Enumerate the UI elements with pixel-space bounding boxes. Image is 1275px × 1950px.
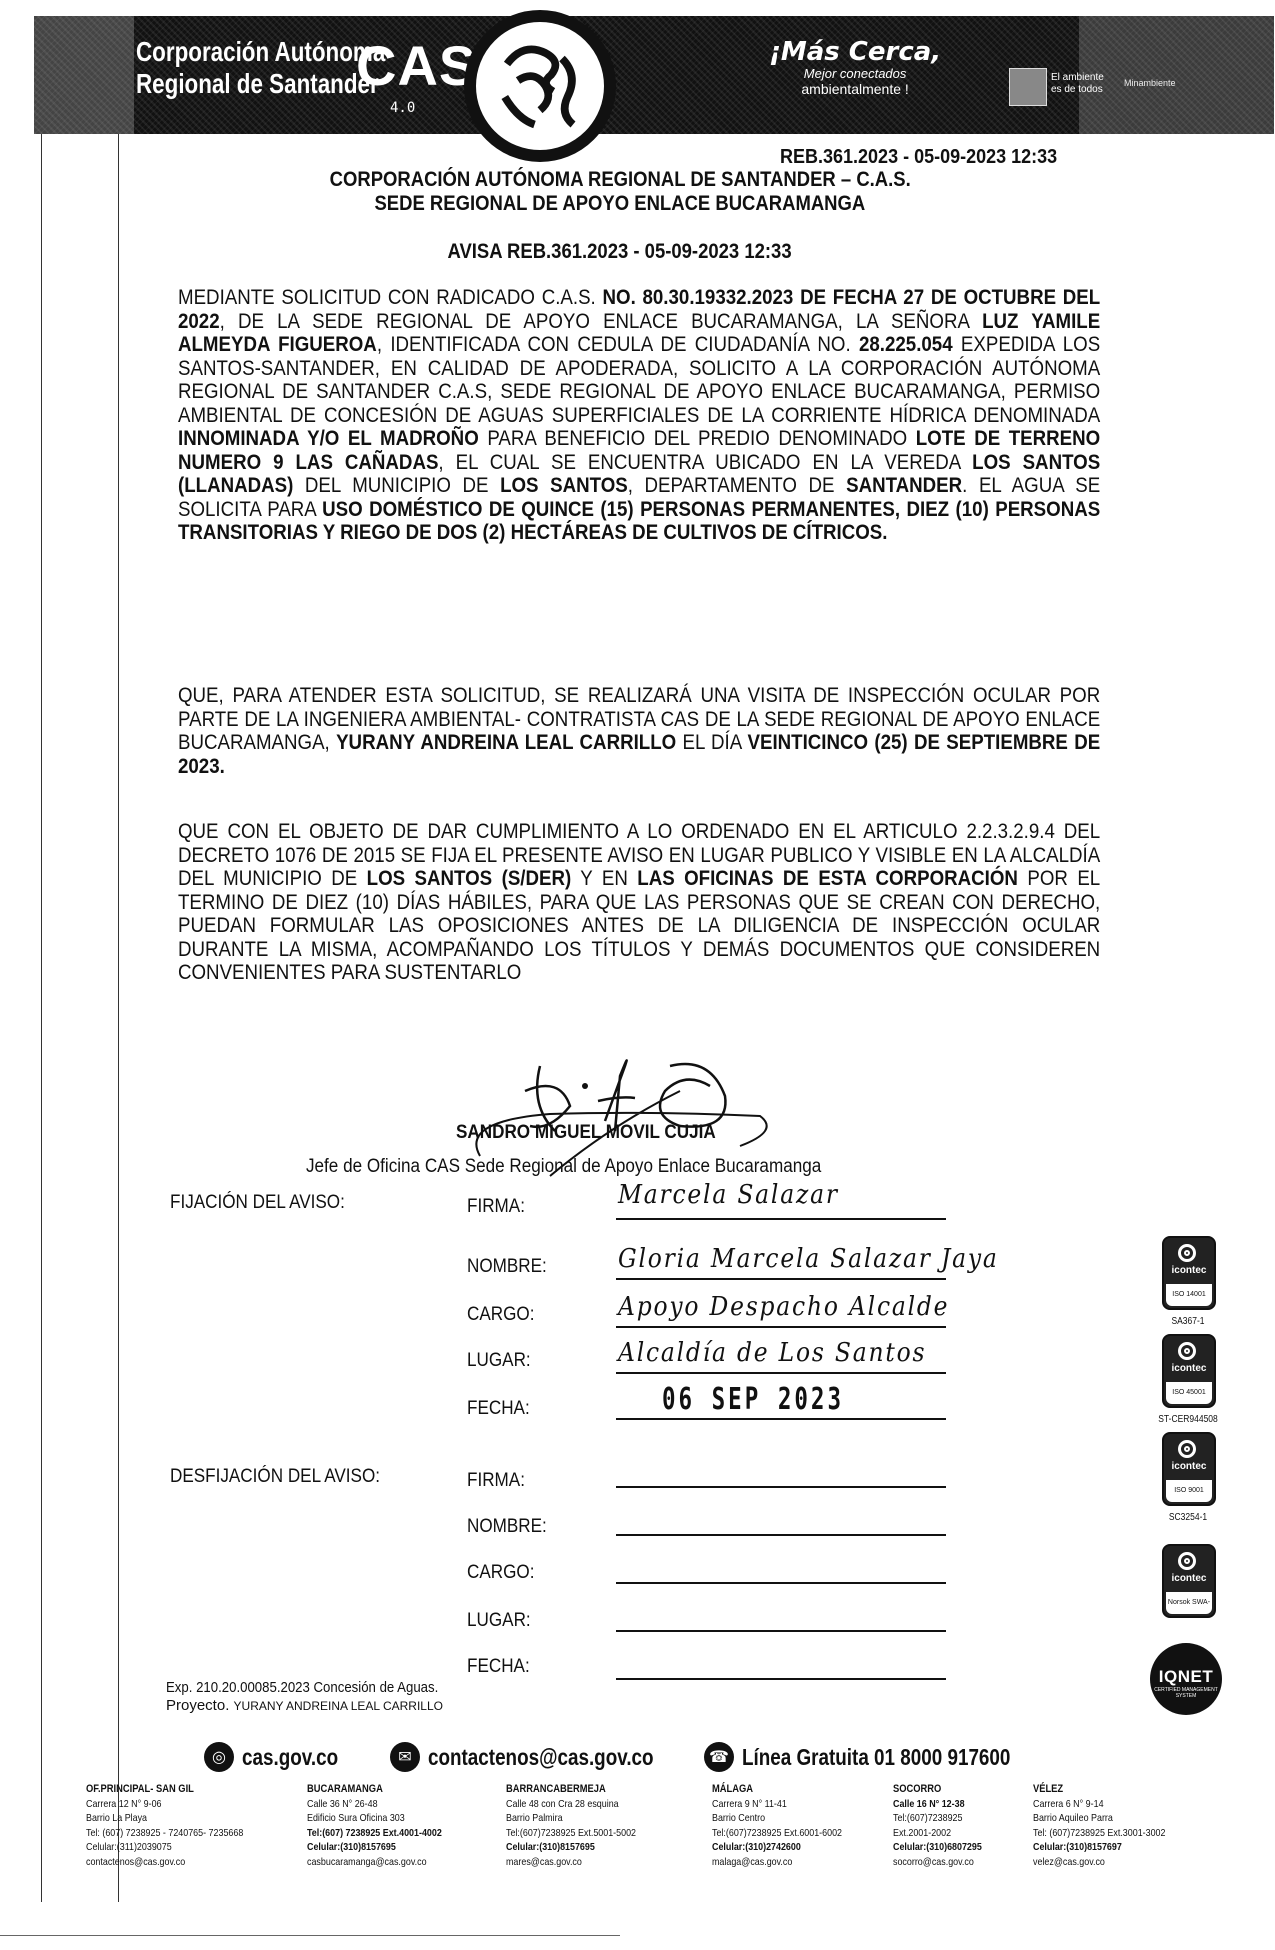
paragraph-inspection: QUE, PARA ATENDER ESTA SOLICITUD, SE REA… xyxy=(178,684,1100,778)
office-bucaramanga: BUCARAMANGA Calle 36 N° 26-48 Edificio S… xyxy=(307,1782,466,1869)
icontec-badge-icon: icontecISO 9001 xyxy=(1162,1432,1216,1506)
fijacion-lugar-line xyxy=(616,1372,946,1374)
fijacion-cargo-line xyxy=(616,1326,946,1328)
desfijacion-fecha-line[interactable] xyxy=(616,1678,946,1680)
office-barrancabermeja: BARRANCABERMEJA Calle 48 con Cra 28 esqu… xyxy=(506,1782,659,1869)
desfijacion-fecha-label: FECHA: xyxy=(467,1656,530,1678)
office-email[interactable]: casbucaramanga@cas.gov.co xyxy=(307,1855,442,1870)
website-link[interactable]: ◎ cas.gov.co xyxy=(204,1742,359,1772)
office-san-gil: OF.PRINCIPAL- SAN GIL Carrera 12 N° 9-06… xyxy=(86,1782,271,1869)
phone-icon: ☎ xyxy=(704,1742,734,1772)
scan-margin-line xyxy=(118,112,119,1902)
document-reference: REB.361.2023 - 05-09-2023 12:33 xyxy=(780,146,1057,169)
org-name: Corporación Autónoma Regional de Santand… xyxy=(136,36,385,100)
office-malaga: MÁLAGA Carrera 9 N° 11-41 Barrio Centro … xyxy=(712,1782,865,1869)
icontec-badge-icon: icontecISO 45001 xyxy=(1162,1334,1216,1408)
fijacion-nombre-line xyxy=(616,1278,946,1280)
office-email[interactable]: malaga@cas.gov.co xyxy=(712,1855,842,1870)
globe-icon: ◎ xyxy=(204,1742,234,1772)
fijacion-nombre-label: NOMBRE: xyxy=(467,1256,547,1278)
heading-organization: CORPORACIÓN AUTÓNOMA REGIONAL DE SANTAND… xyxy=(150,168,1090,192)
ministry-tagline: El ambiente es de todos xyxy=(1051,72,1104,96)
fijacion-cargo-label: CARGO: xyxy=(467,1304,534,1326)
desfijacion-firma-label: FIRMA: xyxy=(467,1470,525,1492)
desfijacion-cargo-label: CARGO: xyxy=(467,1562,534,1584)
fijacion-cargo-value[interactable]: Apoyo Despacho Alcalde xyxy=(618,1292,949,1322)
ministry-brand: Minambiente xyxy=(1124,78,1176,88)
colombia-shield-icon xyxy=(1009,68,1047,106)
fijacion-fecha-label: FECHA: xyxy=(467,1398,530,1420)
scan-bottom-line xyxy=(0,1935,620,1936)
fijacion-nombre-value[interactable]: Gloria Marcela Salazar Jaya xyxy=(618,1244,999,1274)
scan-margin-line xyxy=(41,112,42,1902)
office-velez: VÉLEZ Carrera 6 N° 9-14 Barrio Aquileo P… xyxy=(1033,1782,1189,1869)
cert-iso-9001: icontecISO 9001 SC3254-1 xyxy=(1162,1432,1214,1523)
fijacion-firma-line xyxy=(616,1218,946,1220)
hotline-link[interactable]: ☎ Línea Gratuita 01 8000 917600 xyxy=(704,1742,1069,1772)
desfijacion-firma-line[interactable] xyxy=(616,1486,946,1488)
paragraph-request: MEDIANTE SOLICITUD CON RADICADO C.A.S. N… xyxy=(178,286,1100,545)
proyecto-note: Proyecto. YURANY ANDREINA LEAL CARRILLO xyxy=(166,1697,443,1714)
signer-role: Jefe de Oficina CAS Sede Regional de Apo… xyxy=(306,1156,821,1178)
expediente-note: Exp. 210.20.00085.2023 Concesión de Agua… xyxy=(166,1679,438,1696)
fijacion-fecha-stamp[interactable]: 06 SEP 2023 xyxy=(662,1382,844,1417)
office-email[interactable]: velez@cas.gov.co xyxy=(1033,1855,1165,1870)
slogan: ¡Más Cerca, Mejor conectados ambientalme… xyxy=(769,38,941,97)
fijacion-firma-label: FIRMA: xyxy=(467,1196,525,1218)
icontec-badge-icon: icontecNorsok SWA-006 xyxy=(1162,1544,1216,1618)
cert-norsok: icontecNorsok SWA-006 xyxy=(1162,1544,1214,1618)
desfijacion-nombre-label: NOMBRE: xyxy=(467,1516,547,1538)
fijacion-lugar-value[interactable]: Alcaldía de Los Santos xyxy=(618,1338,926,1368)
notice-title: AVISA REB.361.2023 - 05-09-2023 12:33 xyxy=(150,240,1090,264)
office-email[interactable]: socorro@cas.gov.co xyxy=(893,1855,982,1870)
office-email[interactable]: contactenos@cas.gov.co xyxy=(86,1855,243,1870)
signer-name: SANDRO MIGUEL MOVIL CUJIA xyxy=(456,1122,716,1144)
cert-iso-14001: icontecISO 14001 SA367-1 xyxy=(1162,1236,1214,1327)
office-email[interactable]: mares@cas.gov.co xyxy=(506,1855,636,1870)
envelope-icon: ✉ xyxy=(390,1742,420,1772)
cas-emblem-icon xyxy=(464,10,616,162)
contact-bar: ◎ cas.gov.co ✉ contactenos@cas.gov.co ☎ … xyxy=(204,1742,1104,1776)
fijacion-section-label: FIJACIÓN DEL AVISO: xyxy=(170,1192,345,1214)
cas-logo: CAS xyxy=(356,38,477,94)
desfijacion-section-label: DESFIJACIÓN DEL AVISO: xyxy=(170,1466,380,1488)
fijacion-firma-value[interactable]: Marcela Salazar xyxy=(618,1180,839,1210)
iqnet-seal-icon: IQNET CERTIFIED MANAGEMENT SYSTEM xyxy=(1150,1643,1222,1715)
cert-iso-45001: icontecISO 45001 ST-CER944508 xyxy=(1162,1334,1214,1425)
office-socorro: SOCORRO Calle 16 N° 12-38 Tel:(607)72389… xyxy=(893,1782,997,1869)
desfijacion-lugar-label: LUGAR: xyxy=(467,1610,531,1632)
desfijacion-nombre-line[interactable] xyxy=(616,1534,946,1536)
fijacion-lugar-label: LUGAR: xyxy=(467,1350,531,1372)
cas-version: 4.0 xyxy=(390,100,415,116)
fijacion-fecha-line xyxy=(616,1418,946,1420)
heading-office: SEDE REGIONAL DE APOYO ENLACE BUCARAMANG… xyxy=(150,192,1090,216)
paragraph-legal-notice: QUE CON EL OBJETO DE DAR CUMPLIMIENTO A … xyxy=(178,820,1100,985)
header-banner: Corporación Autónoma Regional de Santand… xyxy=(34,16,1274,134)
icontec-badge-icon: icontecISO 14001 xyxy=(1162,1236,1216,1310)
desfijacion-lugar-line[interactable] xyxy=(616,1630,946,1632)
desfijacion-cargo-line[interactable] xyxy=(616,1582,946,1584)
email-link[interactable]: ✉ contactenos@cas.gov.co xyxy=(390,1742,703,1772)
